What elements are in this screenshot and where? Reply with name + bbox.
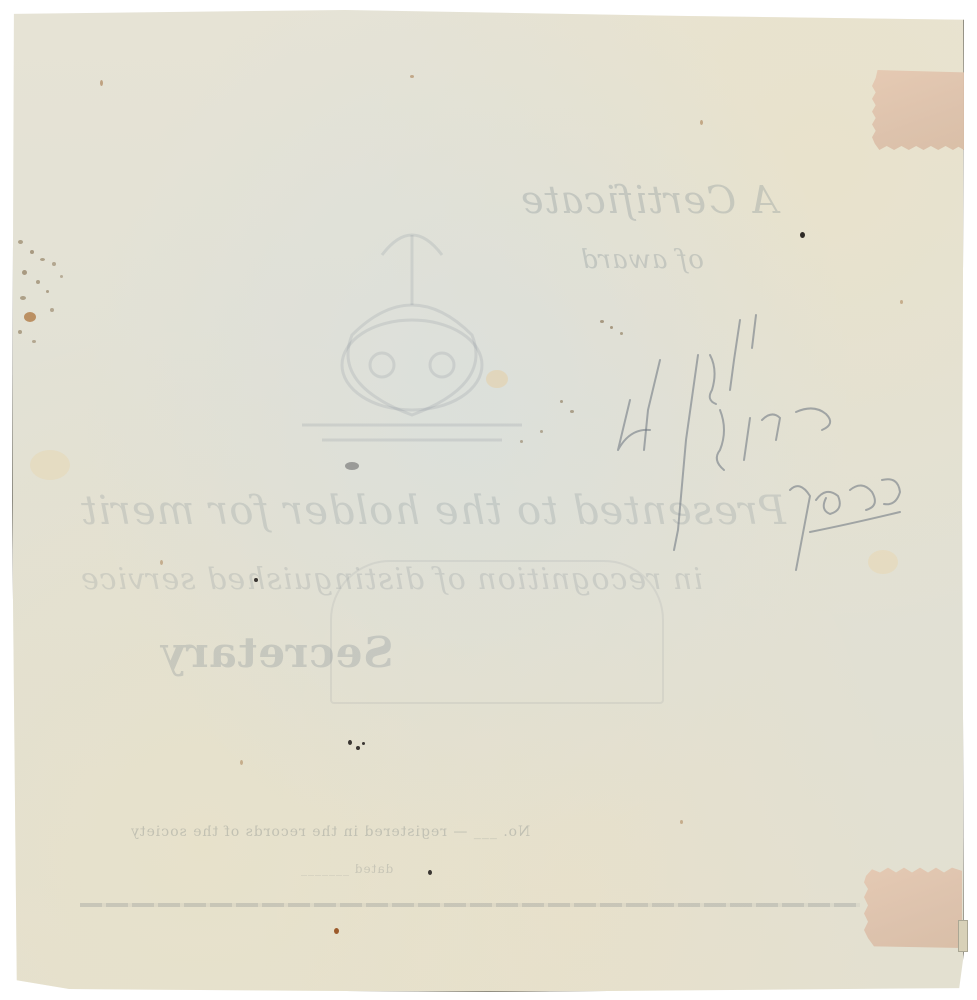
showthrough-signature: Secretary (160, 628, 394, 677)
showthrough-subtitle: of award (580, 245, 704, 275)
showthrough-footer-2: dated _______ (300, 862, 393, 876)
showthrough-footer: No. ___ — registered in the records of t… (130, 824, 530, 840)
hinge-flap (958, 920, 968, 952)
stamp-hinge-top (872, 70, 964, 150)
showthrough-emblem-icon (262, 215, 562, 465)
document-scan: A Certificate of award Presented to the … (0, 0, 977, 1000)
stamp-hinge-bottom (862, 866, 962, 948)
showthrough-border-rule (80, 903, 860, 907)
